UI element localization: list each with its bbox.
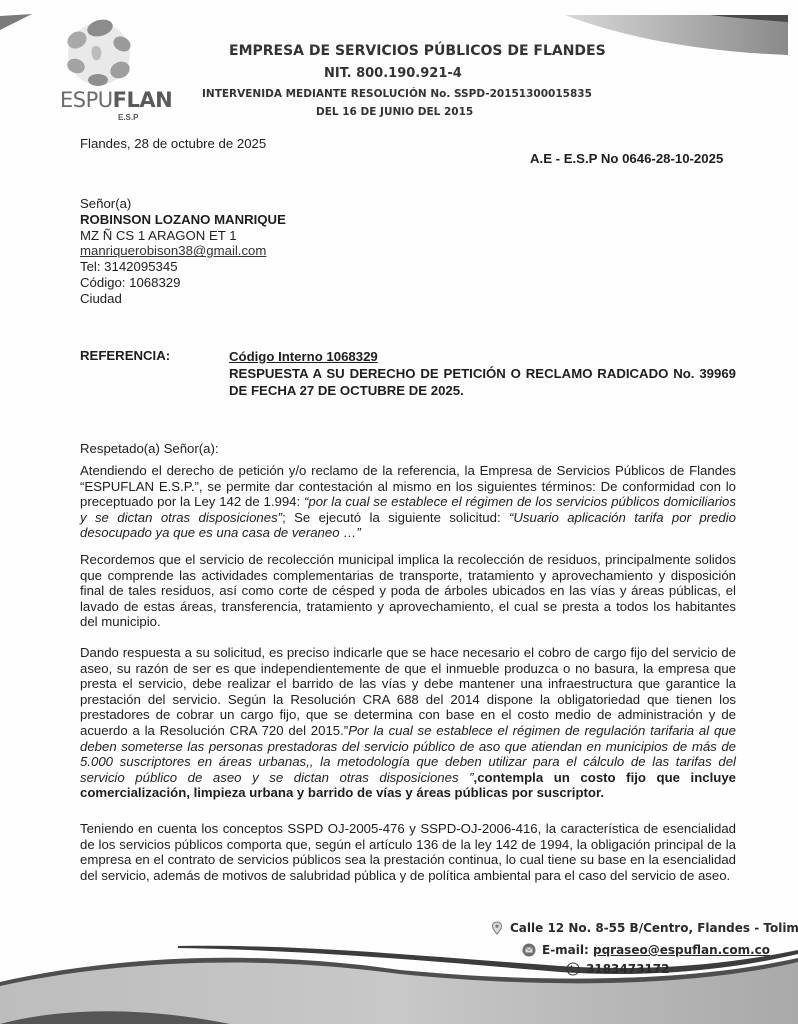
paragraph-2: Recordemos que el servicio de recolecció… xyxy=(80,552,736,630)
footer-phone: 3183473172 xyxy=(566,962,670,976)
recipient-block: Señor(a) ROBINSON LOZANO MANRIQUE MZ Ñ C… xyxy=(80,196,286,307)
intervention-resolution: INTERVENIDA MEDIANTE RESOLUCIÓN No. SSPD… xyxy=(202,88,592,100)
footer-email-link[interactable]: pqraseo@espuflan.com.co xyxy=(593,943,770,957)
footer-address: Calle 12 No. 8-55 B/Centro, Flandes - To… xyxy=(490,921,798,935)
recipient-email-link[interactable]: manriquerobison38@gmail.com xyxy=(80,243,266,258)
letter-page: ESPUFLAN E.S.P EMPRESA DE SERVICIOS PÚBL… xyxy=(0,0,798,1024)
paragraph-4: Teniendo en cuenta los conceptos SSPD OJ… xyxy=(80,821,736,883)
corner-swoosh-decoration xyxy=(0,0,40,30)
reference-subject: RESPUESTA A SU DERECHO DE PETICIÓN O REC… xyxy=(229,366,736,398)
phone-icon xyxy=(566,962,580,976)
document-number: A.E - E.S.P No 0646-28-10-2025 xyxy=(530,151,723,167)
espuflan-logo: ESPUFLAN E.S.P xyxy=(58,18,178,126)
logo-suffix: E.S.P xyxy=(118,113,138,122)
recipient-name: ROBINSON LOZANO MANRIQUE xyxy=(80,212,286,228)
recipient-address: MZ Ñ CS 1 ARAGON ET 1 xyxy=(80,228,286,244)
recipient-phone: Tel: 3142095345 xyxy=(80,259,286,275)
logo-wordmark: ESPUFLAN xyxy=(60,88,172,112)
reference-code: Código Interno 1068329 xyxy=(229,348,736,365)
header-swoosh-decoration xyxy=(560,0,798,70)
recipient-city: Ciudad xyxy=(80,291,286,307)
footer-email: E-mail: pqraseo@espuflan.com.co xyxy=(522,943,770,957)
greeting: Respetado(a) Señor(a): xyxy=(80,441,219,457)
paragraph-1: Atendiendo el derecho de petición y/o re… xyxy=(80,463,736,541)
intervention-date: DEL 16 DE JUNIO DEL 2015 xyxy=(316,106,473,118)
envelope-icon xyxy=(522,943,536,957)
paragraph-3: Dando respuesta a su solicitud, es preci… xyxy=(80,645,736,801)
reference-block: Código Interno 1068329 RESPUESTA A SU DE… xyxy=(229,348,736,399)
company-name: EMPRESA DE SERVICIOS PÚBLICOS DE FLANDES xyxy=(229,43,606,59)
company-nit: NIT. 800.190.921-4 xyxy=(324,66,462,81)
reference-label: REFERENCIA: xyxy=(80,348,170,364)
recipient-code: Código: 1068329 xyxy=(80,275,286,291)
location-pin-icon xyxy=(490,921,504,935)
leaf-globe-icon xyxy=(64,18,134,90)
place-date: Flandes, 28 de octubre de 2025 xyxy=(80,136,266,152)
recipient-salutation: Señor(a) xyxy=(80,196,286,212)
